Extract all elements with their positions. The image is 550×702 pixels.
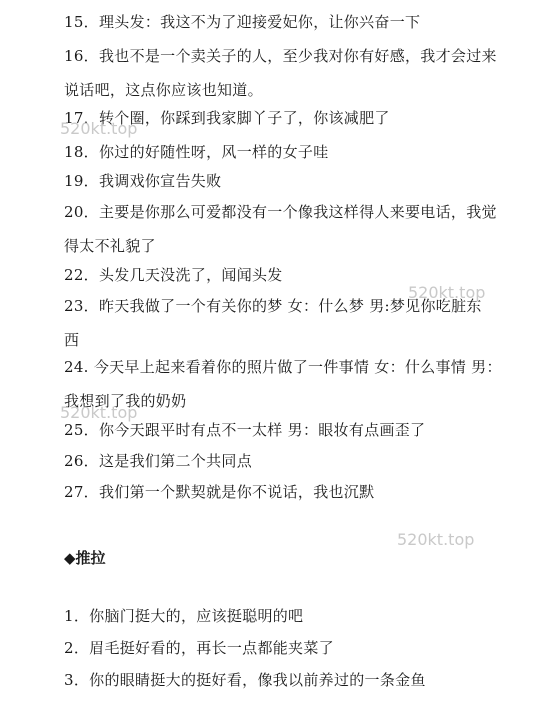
watermark: 520kt.top (408, 283, 485, 303)
list-item-20-cont: 得太不礼貌了 (64, 236, 156, 256)
list-item-20: 20．主要是你那么可爱都没有一个像我这样得人来要电话，我觉 (64, 202, 497, 222)
list-item-25: 25．你今天跟平时有点不一太样 男：眼妆有点画歪了 (64, 420, 425, 440)
document-page: 15．理头发：我这不为了迎接爱妃你，让你兴奋一下 16．我也不是一个卖关子的人，… (0, 0, 550, 702)
list-item-27: 27．我们第一个默契就是你不说话，我也沉默 (64, 482, 374, 502)
list-item-19: 19．我调戏你宣告失败 (64, 171, 221, 191)
list-item-16-cont: 说话吧，这点你应该也知道。 (64, 80, 263, 100)
watermark: 520kt.top (397, 530, 474, 550)
tuila-item-1: 1．你脑门挺大的，应该挺聪明的吧 (64, 606, 303, 626)
list-item-18: 18．你过的好随性呀，风一样的女子哇 (64, 142, 329, 162)
list-item-15: 15．理头发：我这不为了迎接爱妃你，让你兴奋一下 (64, 12, 420, 32)
tuila-item-3: 3．你的眼睛挺大的挺好看，像我以前养过的一条金鱼 (64, 670, 426, 690)
section-heading-tuila: ◆推拉 (64, 548, 106, 568)
tuila-item-2: 2．眉毛挺好看的，再长一点都能夹菜了 (64, 638, 334, 658)
watermark: 520kt.top (60, 403, 137, 423)
list-item-24: 24. 今天早上起来看着你的照片做了一件事情 女：什么事情 男： (64, 357, 502, 377)
list-item-23-cont: 西 (64, 330, 79, 350)
watermark: 520kt.top (60, 119, 137, 139)
list-item-16: 16．我也不是一个卖关子的人，至少我对你有好感，我才会过来 (64, 46, 497, 66)
list-item-22: 22．头发几天没洗了，闻闻头发 (64, 265, 283, 285)
list-item-26: 26．这是我们第二个共同点 (64, 451, 252, 471)
